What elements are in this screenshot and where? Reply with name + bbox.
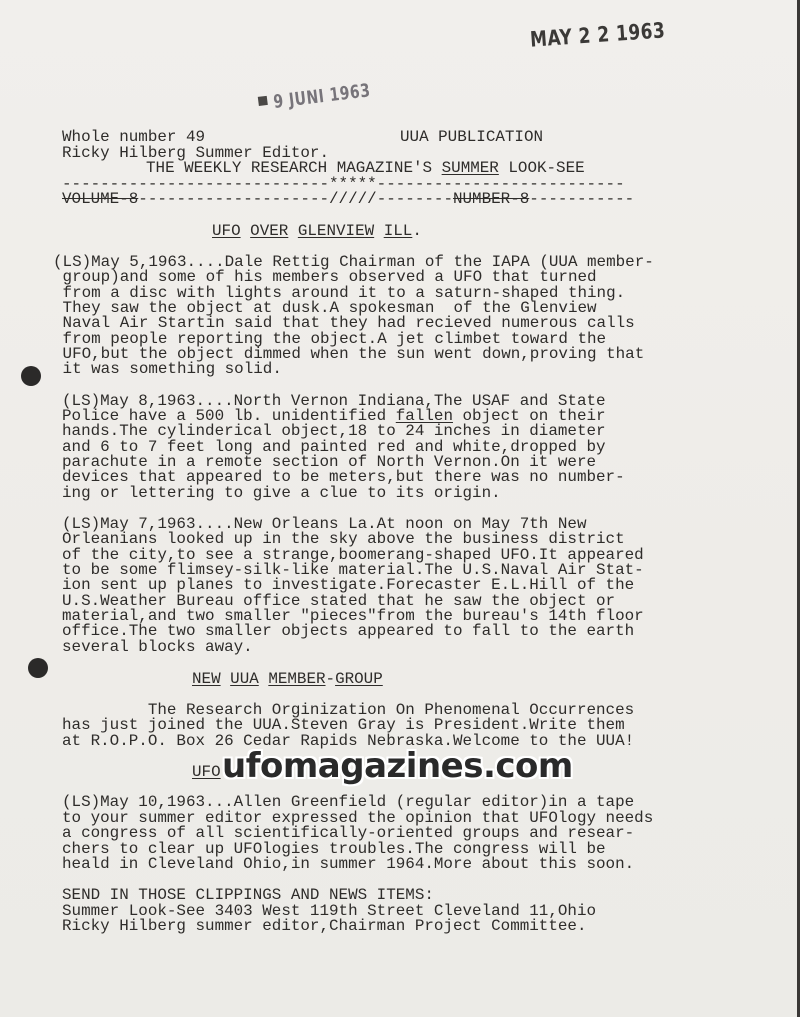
- punch-hole-upper: [21, 366, 41, 386]
- article-5-line: heald in Cleveland Ohio,in summer 1964.M…: [62, 857, 634, 873]
- heading-ufo-over-glenview: UFO OVER GLENVIEW ILL.: [212, 224, 422, 240]
- watermark-overlay: ufomagazines.com: [222, 746, 573, 786]
- article-3-line: several blocks away.: [62, 640, 253, 656]
- number-label: NUMBER-8: [453, 190, 529, 208]
- heading-new-uua-member-group: NEW UUA MEMBER-GROUP: [192, 672, 383, 688]
- article-1-line: it was something solid.: [53, 362, 282, 378]
- volume-number-line: VOLUME-8--------------------/////-------…: [62, 192, 634, 208]
- article-2-line: ing or lettering to give a clue to its o…: [62, 486, 501, 502]
- volume-label: VOLUME-8: [62, 190, 138, 208]
- footer-line: Ricky Hilberg summer editor,Chairman Pro…: [62, 919, 586, 935]
- publication-label: UUA PUBLICATION: [400, 130, 543, 146]
- heading-ufo-congress: UFO: [192, 765, 221, 781]
- flag-icon: [258, 95, 268, 105]
- punch-hole-lower: [28, 658, 48, 678]
